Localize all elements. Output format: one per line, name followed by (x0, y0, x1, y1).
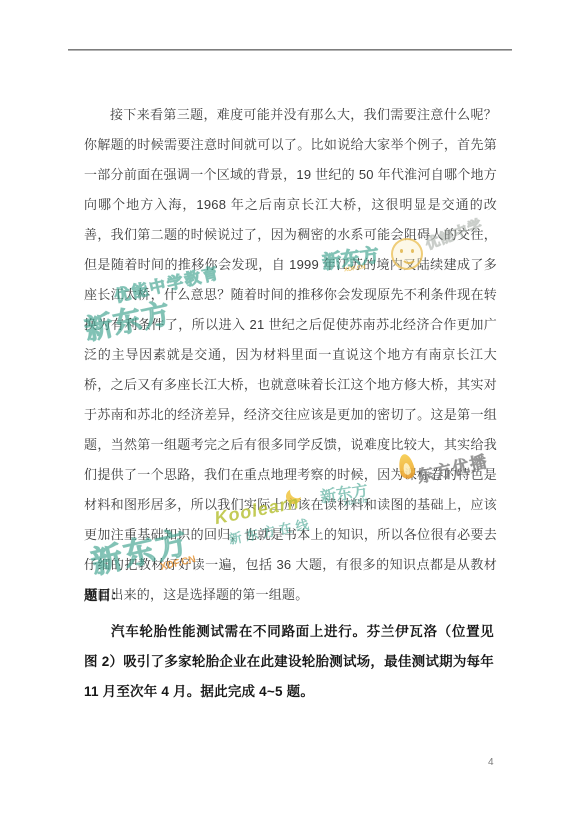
question-label: 题目： (84, 584, 125, 604)
header-rule (68, 49, 512, 50)
question-paragraph: 汽车轮胎性能测试需在不同路面上进行。芬兰伊瓦洛（位置见图 2）吸引了多家轮胎企业… (84, 617, 494, 707)
document-page: 接下来看第三题，难度可能并没有那么大，我们需要注意什么呢？你解题的时候需要注意时… (0, 0, 580, 820)
lecture-paragraph: 接下来看第三题，难度可能并没有那么大，我们需要注意什么呢？你解题的时候需要注意时… (84, 100, 497, 610)
page-number: 4 (488, 757, 494, 768)
